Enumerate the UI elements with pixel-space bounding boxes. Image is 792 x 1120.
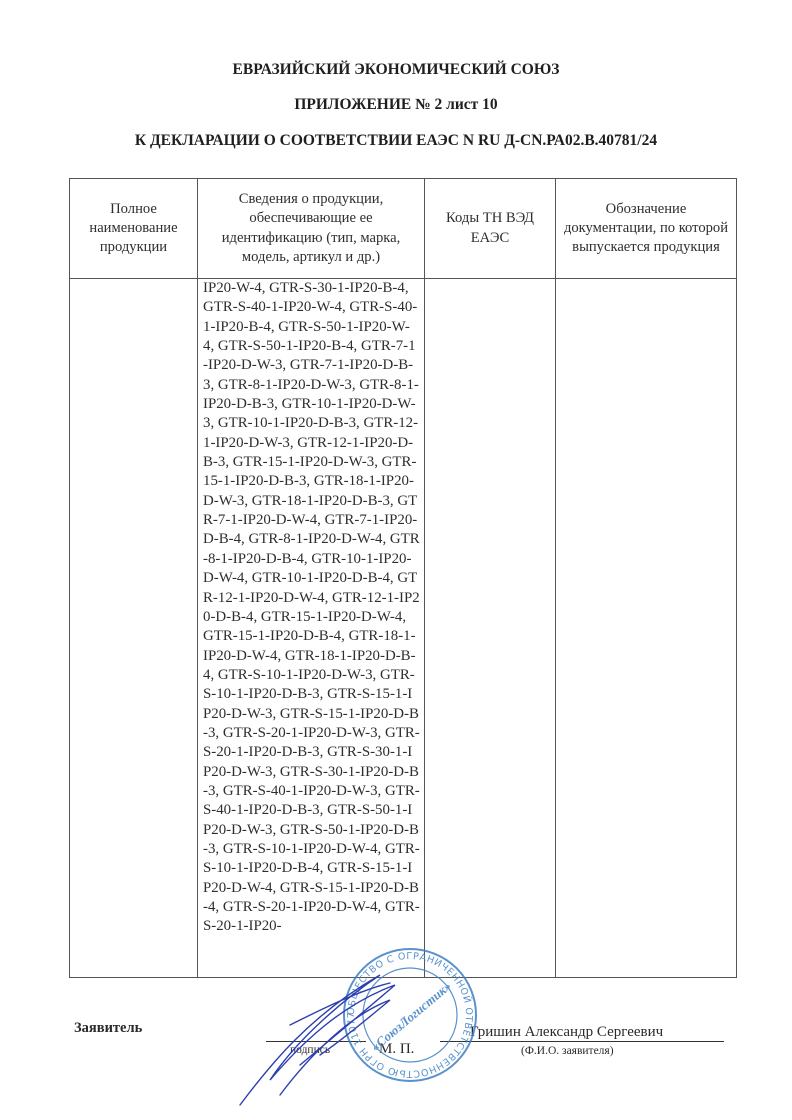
declaration-title: К ДЕКЛАРАЦИИ О СООТВЕТСТВИИ ЕАЭС N RU Д-… xyxy=(0,132,792,150)
appendix-title: ПРИЛОЖЕНИЕ № 2 лист 10 xyxy=(0,96,792,114)
name-caption: (Ф.И.О. заявителя) xyxy=(521,1045,614,1057)
name-line xyxy=(440,1041,724,1042)
handwritten-signature-icon xyxy=(230,955,400,1115)
column-header-hs-codes: Коды ТН ВЭД ЕАЭС xyxy=(425,179,556,279)
table-row: IP20-W-4, GTR-S-30-1-IP20-B-4, GTR-S-40-… xyxy=(70,279,737,978)
column-header-documentation: Обозначение документации, по которой вып… xyxy=(556,179,737,279)
applicant-name: Гришин Александр Сергеевич xyxy=(470,1024,663,1041)
cell-identification: IP20-W-4, GTR-S-30-1-IP20-B-4, GTR-S-40-… xyxy=(198,279,425,978)
column-header-identification: Сведения о продукции, обеспечивающие ее … xyxy=(198,179,425,279)
cell-product-name xyxy=(70,279,198,978)
cell-documentation xyxy=(556,279,737,978)
cell-hs-codes xyxy=(425,279,556,978)
union-title: ЕВРАЗИЙСКИЙ ЭКОНОМИЧЕСКИЙ СОЮЗ xyxy=(0,61,792,79)
column-header-product-name: Полное наименование продукции xyxy=(70,179,198,279)
table-header-row: Полное наименование продукции Сведения о… xyxy=(70,179,737,279)
applicant-label: Заявитель xyxy=(74,1020,142,1037)
products-table: Полное наименование продукции Сведения о… xyxy=(69,178,737,978)
